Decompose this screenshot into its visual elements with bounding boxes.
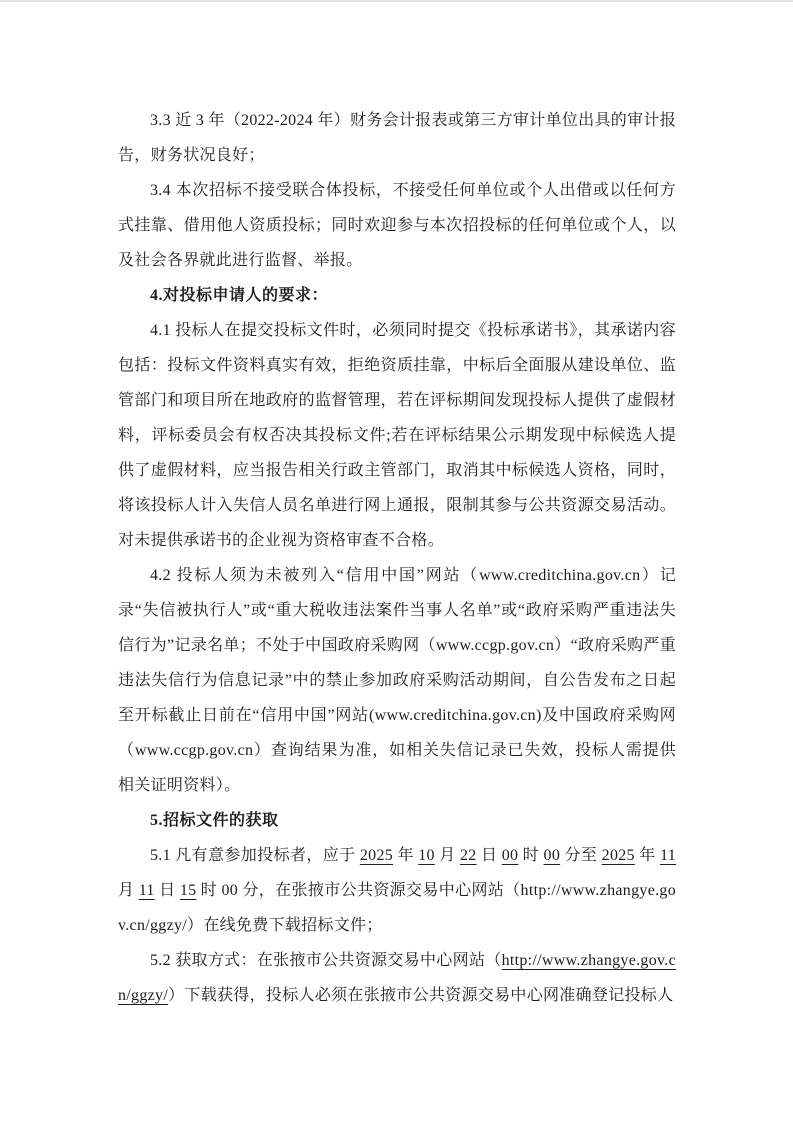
text-run: 时 <box>518 847 543 864</box>
heading-section-4: 4.对投标申请人的要求： <box>118 278 676 313</box>
text-run: 分至 <box>560 847 602 864</box>
text-run: 年 <box>393 847 418 864</box>
underlined-text-run: 22 <box>460 847 477 864</box>
text-run: 3.4 本次招标不接受联合体投标，不接受任何单位或个人出借或以任何方式挂靠、借用… <box>118 182 676 269</box>
underlined-text-run: 11 <box>660 847 676 864</box>
text-run: 5.1 凡有意参加投标者，应于 <box>150 847 360 864</box>
text-run: 4.对投标申请人的要求： <box>150 287 328 304</box>
underlined-text-run: 15 <box>180 882 197 899</box>
text-run: 时 00 分，在张掖市公共资源交易中心网站（http://www.zhangye… <box>118 882 676 934</box>
text-run: 日 <box>477 847 502 864</box>
text-run: 月 <box>118 882 139 899</box>
underlined-text-run: 00 <box>544 847 561 864</box>
underlined-text-run: 00 <box>502 847 519 864</box>
document-body: 3.3 近 3 年（2022-2024 年）财务会计报表或第三方审计单位出具的审… <box>118 103 676 1013</box>
underlined-text-run: 2025 <box>602 847 635 864</box>
document-page: 3.3 近 3 年（2022-2024 年）财务会计报表或第三方审计单位出具的审… <box>0 0 793 1122</box>
text-run: 5.2 获取方式：在张掖市公共资源交易中心网站（ <box>150 952 502 969</box>
para-3-4: 3.4 本次招标不接受联合体投标，不接受任何单位或个人出借或以任何方式挂靠、借用… <box>118 173 676 278</box>
para-4-2: 4.2 投标人须为未被列入“信用中国”网站（www.creditchina.go… <box>118 558 676 803</box>
underlined-text-run: 2025 <box>360 847 393 864</box>
para-5-1: 5.1 凡有意参加投标者，应于 2025 年 10 月 22 日 00 时 00… <box>118 838 676 943</box>
underlined-text-run: 11 <box>139 882 155 899</box>
para-4-1: 4.1 投标人在提交投标文件时，必须同时提交《投标承诺书》，其承诺内容包括：投标… <box>118 313 676 558</box>
text-run: 4.2 投标人须为未被列入“信用中国”网站（www.creditchina.go… <box>118 567 676 794</box>
text-run: 年 <box>635 847 660 864</box>
text-run: 3.3 近 3 年（2022-2024 年）财务会计报表或第三方审计单位出具的审… <box>118 112 676 164</box>
para-5-2: 5.2 获取方式：在张掖市公共资源交易中心网站（http://www.zhang… <box>118 943 676 1013</box>
underlined-text-run: 10 <box>418 847 435 864</box>
heading-section-5: 5.招标文件的获取 <box>118 803 676 838</box>
text-run: 日 <box>155 882 180 899</box>
text-run: 5.招标文件的获取 <box>150 812 279 829</box>
text-run: 4.1 投标人在提交投标文件时，必须同时提交《投标承诺书》，其承诺内容包括：投标… <box>118 322 676 549</box>
text-run: 月 <box>435 847 460 864</box>
text-run: ）下载获得，投标人必须在张掖市公共资源交易中心网准确登记投标人 <box>168 987 673 1004</box>
para-3-3: 3.3 近 3 年（2022-2024 年）财务会计报表或第三方审计单位出具的审… <box>118 103 676 173</box>
